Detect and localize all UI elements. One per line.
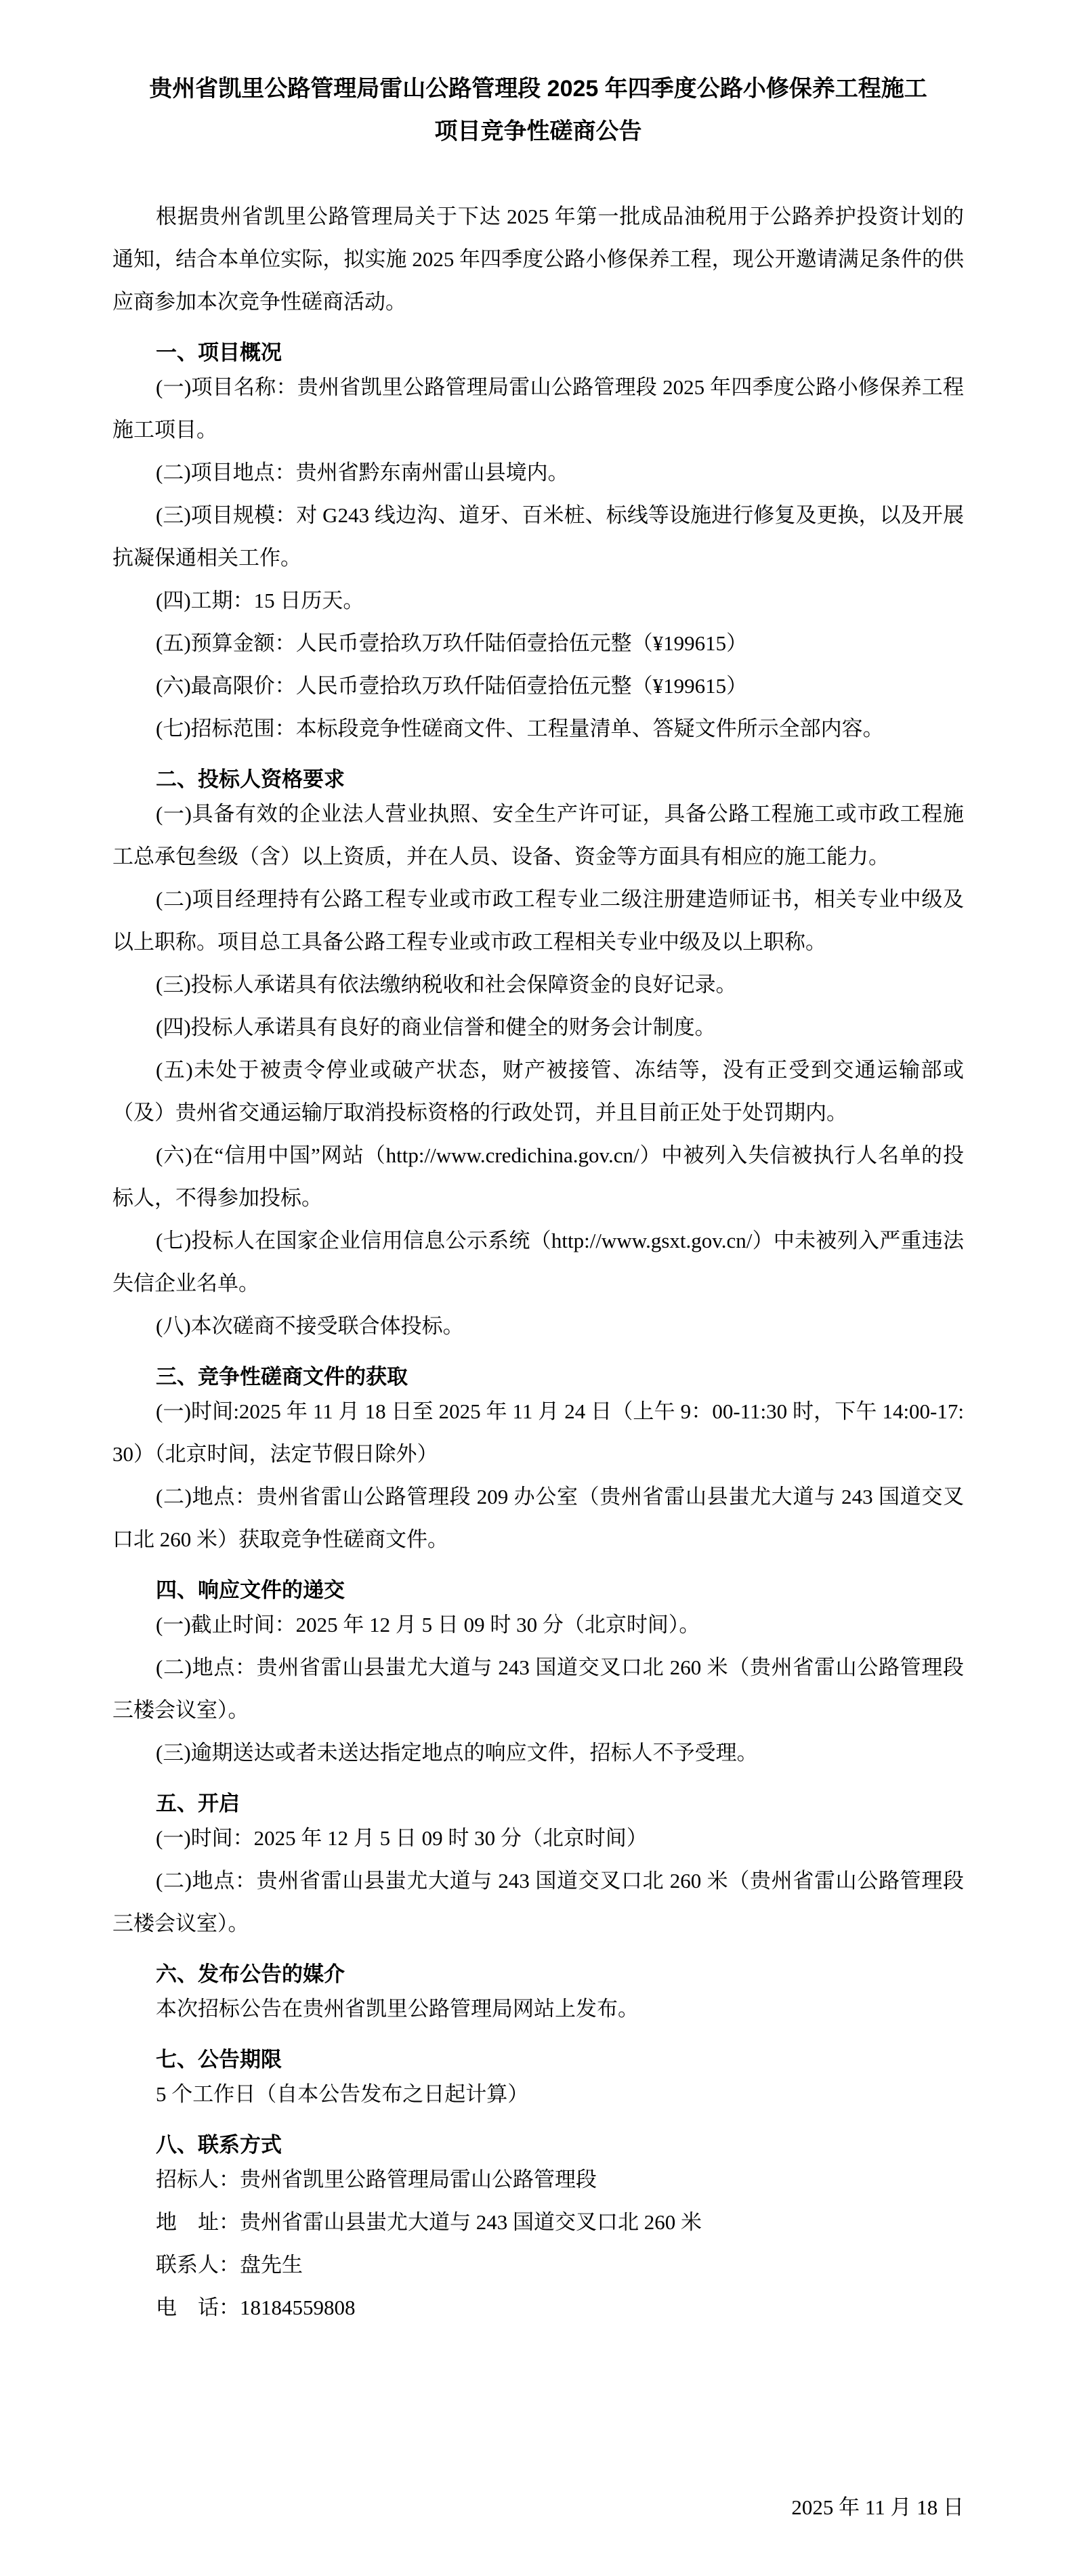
section-1-item-3: (三)项目规模：对 G243 线边沟、道牙、百米桩、标线等设施进行修复及更换，以… [112,494,964,579]
section-1-item-2: (二)项目地点：贵州省黔东南州雷山县境内。 [112,451,964,494]
section-3-item-1: (一)时间:2025 年 11 月 18 日至 2025 年 11 月 24 日… [112,1390,964,1475]
section-2-item-8: (八)本次磋商不接受联合体投标。 [112,1305,964,1347]
section-2-item-7: (七)投标人在国家企业信用信息公示系统（http://www.gsxt.gov.… [112,1219,964,1305]
section-5-item-2: (二)地点：贵州省雷山县蚩尤大道与 243 国道交叉口北 260 米（贵州省雷山… [112,1859,964,1945]
section-7-item-1: 5 个工作日（自本公告发布之日起计算） [112,2073,964,2115]
section-4-item-3: (三)逾期送达或者未送达指定地点的响应文件，招标人不予受理。 [112,1731,964,1774]
section-2-item-1: (一)具备有效的企业法人营业执照、安全生产许可证，具备公路工程施工或市政工程施工… [112,793,964,878]
section-6-item-1: 本次招标公告在贵州省凯里公路管理局网站上发布。 [112,1987,964,2030]
section-2-item-5: (五)未处于被责令停业或破产状态，财产被接管、冻结等，没有正受到交通运输部或（及… [112,1049,964,1134]
document-page: 贵州省凯里公路管理局雷山公路管理段 2025 年四季度公路小修保养工程施工 项目… [0,0,1075,2576]
title-line-2: 项目竞争性磋商公告 [112,110,964,153]
contact-phone-line: 电 话：18184559808 [112,2286,964,2329]
contact-person-line: 联系人：盘先生 [112,2243,964,2286]
section-1-item-4: (四)工期：15 日历天。 [112,579,964,622]
section-1-item-6: (六)最高限价：人民币壹拾玖万玖仟陆佰壹拾伍元整（¥199615） [112,664,964,707]
section-1-item-5: (五)预算金额：人民币壹拾玖万玖仟陆佰壹拾伍元整（¥199615） [112,622,964,664]
intro-paragraph: 根据贵州省凯里公路管理局关于下达 2025 年第一批成品油税用于公路养护投资计划… [112,195,964,323]
section-4-item-2: (二)地点：贵州省雷山县蚩尤大道与 243 国道交叉口北 260 米（贵州省雷山… [112,1646,964,1731]
document-date: 2025 年 11 月 18 日 [112,2486,964,2529]
section-2-item-6: (六)在“信用中国”网站（http://www.credichina.gov.c… [112,1134,964,1219]
section-3-item-2: (二)地点：贵州省雷山公路管理段 209 办公室（贵州省雷山县蚩尤大道与 243… [112,1475,964,1561]
section-1-item-7: (七)招标范围：本标段竞争性磋商文件、工程量清单、答疑文件所示全部内容。 [112,707,964,750]
section-5-item-1: (一)时间：2025 年 12 月 5 日 09 时 30 分（北京时间） [112,1817,964,1859]
section-4-item-1: (一)截止时间：2025 年 12 月 5 日 09 时 30 分（北京时间）。 [112,1603,964,1646]
document-title: 贵州省凯里公路管理局雷山公路管理段 2025 年四季度公路小修保养工程施工 项目… [112,68,964,153]
section-2-item-3: (三)投标人承诺具有依法缴纳税收和社会保障资金的良好记录。 [112,963,964,1006]
contact-address-line: 地 址：贵州省雷山县蚩尤大道与 243 国道交叉口北 260 米 [112,2201,964,2243]
section-2-item-4: (四)投标人承诺具有良好的商业信誉和健全的财务会计制度。 [112,1006,964,1049]
section-2-item-2: (二)项目经理持有公路工程专业或市政工程专业二级注册建造师证书，相关专业中级及以… [112,878,964,963]
contact-tenderer-line: 招标人：贵州省凯里公路管理局雷山公路管理段 [112,2158,964,2201]
title-line-1: 贵州省凯里公路管理局雷山公路管理段 2025 年四季度公路小修保养工程施工 [112,68,964,110]
section-1-item-1: (一)项目名称：贵州省凯里公路管理局雷山公路管理段 2025 年四季度公路小修保… [112,366,964,451]
